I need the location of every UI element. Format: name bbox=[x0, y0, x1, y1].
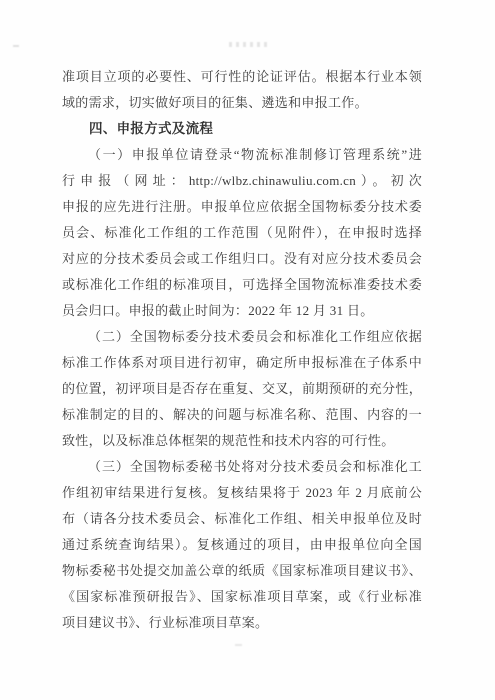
text-line: 致性，以及标准总体框架的规范性和技术内容的可行性。 bbox=[62, 428, 422, 454]
text-line: 布（请各分技术委员会、标准化工作组、相关申报单位及时 bbox=[62, 506, 422, 532]
text-line: 准项目立项的必要性、可行性的论证评估。根据本行业本领 bbox=[62, 64, 422, 90]
text-line: 域的需求，切实做好项目的征集、遴选和申报工作。 bbox=[62, 90, 422, 116]
text-line: 通过系统查询结果）。复核通过的项目，由申报单位向全国 bbox=[62, 532, 422, 558]
text-line: 员会、标准化工作组的工作范围（见附件），在申报时选择 bbox=[62, 220, 422, 246]
section-heading: 四、申报方式及流程 bbox=[62, 116, 422, 142]
text-line: （一）申报单位请登录“物流标准制修订管理系统”进 bbox=[62, 142, 422, 168]
scan-smudge-artifact bbox=[229, 42, 271, 47]
text-line: 物标委秘书处提交加盖公章的纸质《国家标准项目建议书》、 bbox=[62, 558, 422, 584]
text-line: （二）全国物标委分技术委员会和标准化工作组应依据 bbox=[62, 324, 422, 350]
text-line: 行申报（网址：http://wlbz.chinawuliu.com.cn）。初次 bbox=[62, 168, 422, 194]
text-line: 的位置，初评项目是否存在重复、交叉，前期预研的充分性， bbox=[62, 376, 422, 402]
document-body: 准项目立项的必要性、可行性的论证评估。根据本行业本领域的需求，切实做好项目的征集… bbox=[62, 64, 422, 636]
text-line: 作组初审结果进行复核。复核结果将于 2023 年 2 月底前公 bbox=[62, 480, 422, 506]
text-line: 员会归口。申报的截止时间为：2022 年 12 月 31 日。 bbox=[62, 298, 422, 324]
text-line: 标准工作体系对项目进行初审，确定所申报标准在子体系中 bbox=[62, 350, 422, 376]
text-line: （三）全国物标委秘书处将对分技术委员会和标准化工 bbox=[62, 454, 422, 480]
text-line: 或标准化工作组的标准项目，可选择全国物流标准委技术委 bbox=[62, 272, 422, 298]
text-line: 标准制定的目的、解决的问题与标准名称、范围、内容的一 bbox=[62, 402, 422, 428]
scanned-document-page: 准项目立项的必要性、可行性的论证评估。根据本行业本领域的需求，切实做好项目的征集… bbox=[0, 0, 495, 700]
text-line: 《国家标准预研报告》、国家标准项目草案，或《行业标准 bbox=[62, 584, 422, 610]
text-line: 项目建议书》、行业标准项目草案。 bbox=[62, 610, 422, 636]
text-line: 对应的分技术委员会或工作组归口。没有对应分技术委员会 bbox=[62, 246, 422, 272]
scan-dash-artifact-bottom bbox=[235, 644, 242, 646]
text-line: 申报的应先进行注册。申报单位应依据全国物标委分技术委 bbox=[62, 194, 422, 220]
scan-dash-artifact-left bbox=[13, 45, 19, 47]
